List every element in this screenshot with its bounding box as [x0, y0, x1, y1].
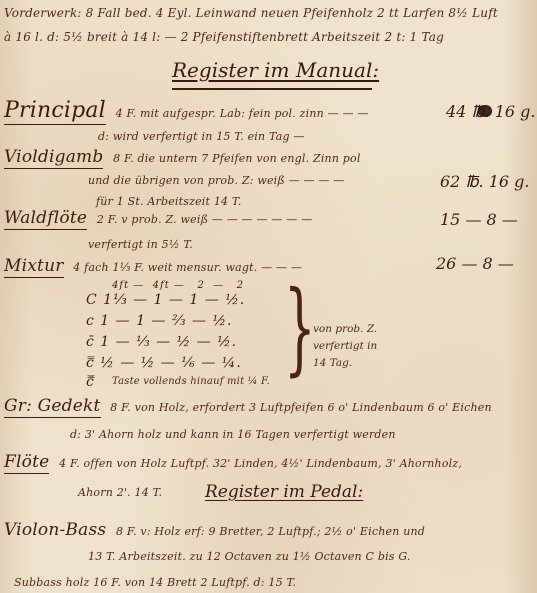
register-violdigamb-price: 62 ℔. 16 g. [440, 172, 529, 191]
mixtur-cell: ½ [225, 292, 240, 308]
header-line-2: à 16 l. d: 5½ breit à 14 l: — 2 Pfeifens… [4, 30, 444, 44]
mixtur-last-key: c̿̄ [86, 374, 95, 390]
mixtur-header-row: 4ft — 4ft — 2 — 2 [112, 280, 244, 291]
mixtur-header-cell: 2 [197, 280, 204, 291]
register-floete: Flöte 4 F. offen von Holz Luftpf. 32' Li… [4, 452, 462, 472]
mixtur-row: c̿ ½ — ½ — ⅙ — ¼. [86, 355, 242, 371]
mixtur-cell: ½ [177, 334, 192, 350]
register-gr-gedekt-line-2: d: 3' Ahorn holz und kann in 16 Tagen ve… [70, 428, 396, 441]
register-waldfloete: Waldflöte 2 F. v prob. Z. weiß — — — — —… [4, 208, 312, 228]
mixtur-key: c̄ [86, 334, 95, 350]
mixtur-row: C 1⅓ — 1 — 1 — ½. [86, 292, 245, 308]
register-principal-line-2: d: wird verfertigt in 15 T. ein Tag — [98, 130, 305, 143]
ink-blot [478, 105, 492, 117]
register-desc: 4 fach 1⅓ F. weit mensur. wagt. — — — [73, 261, 302, 274]
manuscript-page: Vorderwerk: 8 Fall bed. 4 Eyl. Leinwand … [0, 0, 537, 593]
register-name: Gr: Gedekt [4, 396, 101, 418]
mixtur-cell: ⅔ [172, 313, 187, 329]
mixtur-header-cell: 4ft [153, 280, 170, 291]
section-title-manual: Register im Manual: [172, 58, 379, 82]
brace-note-line: von prob. Z. [313, 321, 377, 338]
mixtur-cell: 1 [136, 313, 146, 329]
register-waldfloete-price: 15 — 8 — [440, 210, 518, 229]
mixtur-header-cell: 4ft [112, 280, 129, 291]
mixtur-cell: ½ [100, 355, 115, 371]
mixtur-key: c [86, 313, 95, 329]
mixtur-key: C [86, 292, 98, 308]
register-name: Principal [4, 98, 106, 125]
mixtur-header-cell: 2 [237, 280, 244, 291]
mixtur-cell: ½ [141, 355, 156, 371]
register-violdigamb-line-3: für 1 St. Arbeitszeit 14 T. [96, 195, 242, 208]
register-principal: Principal 4 F. mit aufgespr. Lab: fein p… [4, 98, 369, 123]
mixtur-row: c 1 — 1 — ⅔ — ½. [86, 313, 232, 329]
register-floete-line-2: Ahorn 2'. 14 T. [78, 486, 162, 499]
register-desc: 8 F. von Holz, erfordert 3 Luftpfeifen 6… [110, 401, 492, 414]
register-desc: 8 F. v: Holz erf: 9 Bretter, 2 Luftpf.; … [116, 525, 425, 538]
register-violon-bass-line-2: 13 T. Arbeitszeit. zu 12 Octaven zu 1½ O… [88, 550, 411, 563]
register-violdigamb-line-2: und die übrigen von prob. Z: weiß — — — … [88, 174, 345, 187]
brace-note-line: 14 Tag. [313, 355, 377, 372]
mixtur-cell: ¼ [222, 355, 237, 371]
register-desc: 2 F. v prob. Z. weiß — — — — — — — [97, 213, 313, 226]
register-waldfloete-line-2: verfertigt in 5½ T. [88, 238, 193, 251]
register-name: Mixtur [4, 256, 64, 278]
register-name: Violdigamb [4, 147, 103, 169]
register-gr-gedekt: Gr: Gedekt 8 F. von Holz, erfordert 3 Lu… [4, 396, 492, 416]
mixtur-key: c̿ [86, 355, 95, 371]
title-underline [172, 88, 372, 90]
mixtur-row: c̄ 1 — ⅓ — ½ — ½. [86, 334, 237, 350]
mixtur-footnote: Taste vollends hinauf mit ¼ F. [112, 376, 270, 387]
register-subbass-line: Subbass holz 16 F. von 14 Brett 2 Luftpf… [14, 576, 296, 589]
mixtur-brace-note: von prob. Z. verfertigt in 14 Tag. [313, 321, 377, 372]
section-title-pedal: Register im Pedal: [205, 482, 363, 502]
register-mixtur: Mixtur 4 fach 1⅓ F. weit mensur. wagt. —… [4, 256, 302, 276]
register-desc: 4 F. mit aufgespr. Lab: fein pol. zinn —… [116, 107, 369, 120]
mixtur-cell: 1 [154, 292, 164, 308]
register-desc: 4 F. offen von Holz Luftpf. 32' Linden, … [59, 457, 462, 470]
register-name: Waldflöte [4, 208, 87, 230]
mixtur-cell: 1 [100, 313, 110, 329]
mixtur-cell: ½ [217, 334, 232, 350]
brace-symbol: } [284, 278, 316, 378]
mixtur-cell: ½ [212, 313, 227, 329]
register-violdigamb: Violdigamb 8 F. die untern 7 Pfeifen von… [4, 147, 361, 167]
mixtur-cell: 1⅓ [103, 292, 127, 308]
register-mixtur-price: 26 — 8 — [436, 254, 514, 273]
register-violon-bass: Violon-Bass 8 F. v: Holz erf: 9 Bretter,… [4, 520, 425, 540]
brace-note-line: verfertigt in [313, 338, 377, 355]
register-name: Violon-Bass [4, 520, 106, 541]
register-desc: 8 F. die untern 7 Pfeifen von engl. Zinn… [113, 152, 360, 165]
mixtur-cell: ⅙ [181, 355, 196, 371]
mixtur-cell: 1 [100, 334, 110, 350]
register-name: Flöte [4, 452, 49, 474]
mixtur-cell: ⅓ [136, 334, 151, 350]
mixtur-cell: 1 [189, 292, 199, 308]
header-line-1: Vorderwerk: 8 Fall bed. 4 Eyl. Leinwand … [4, 6, 498, 20]
